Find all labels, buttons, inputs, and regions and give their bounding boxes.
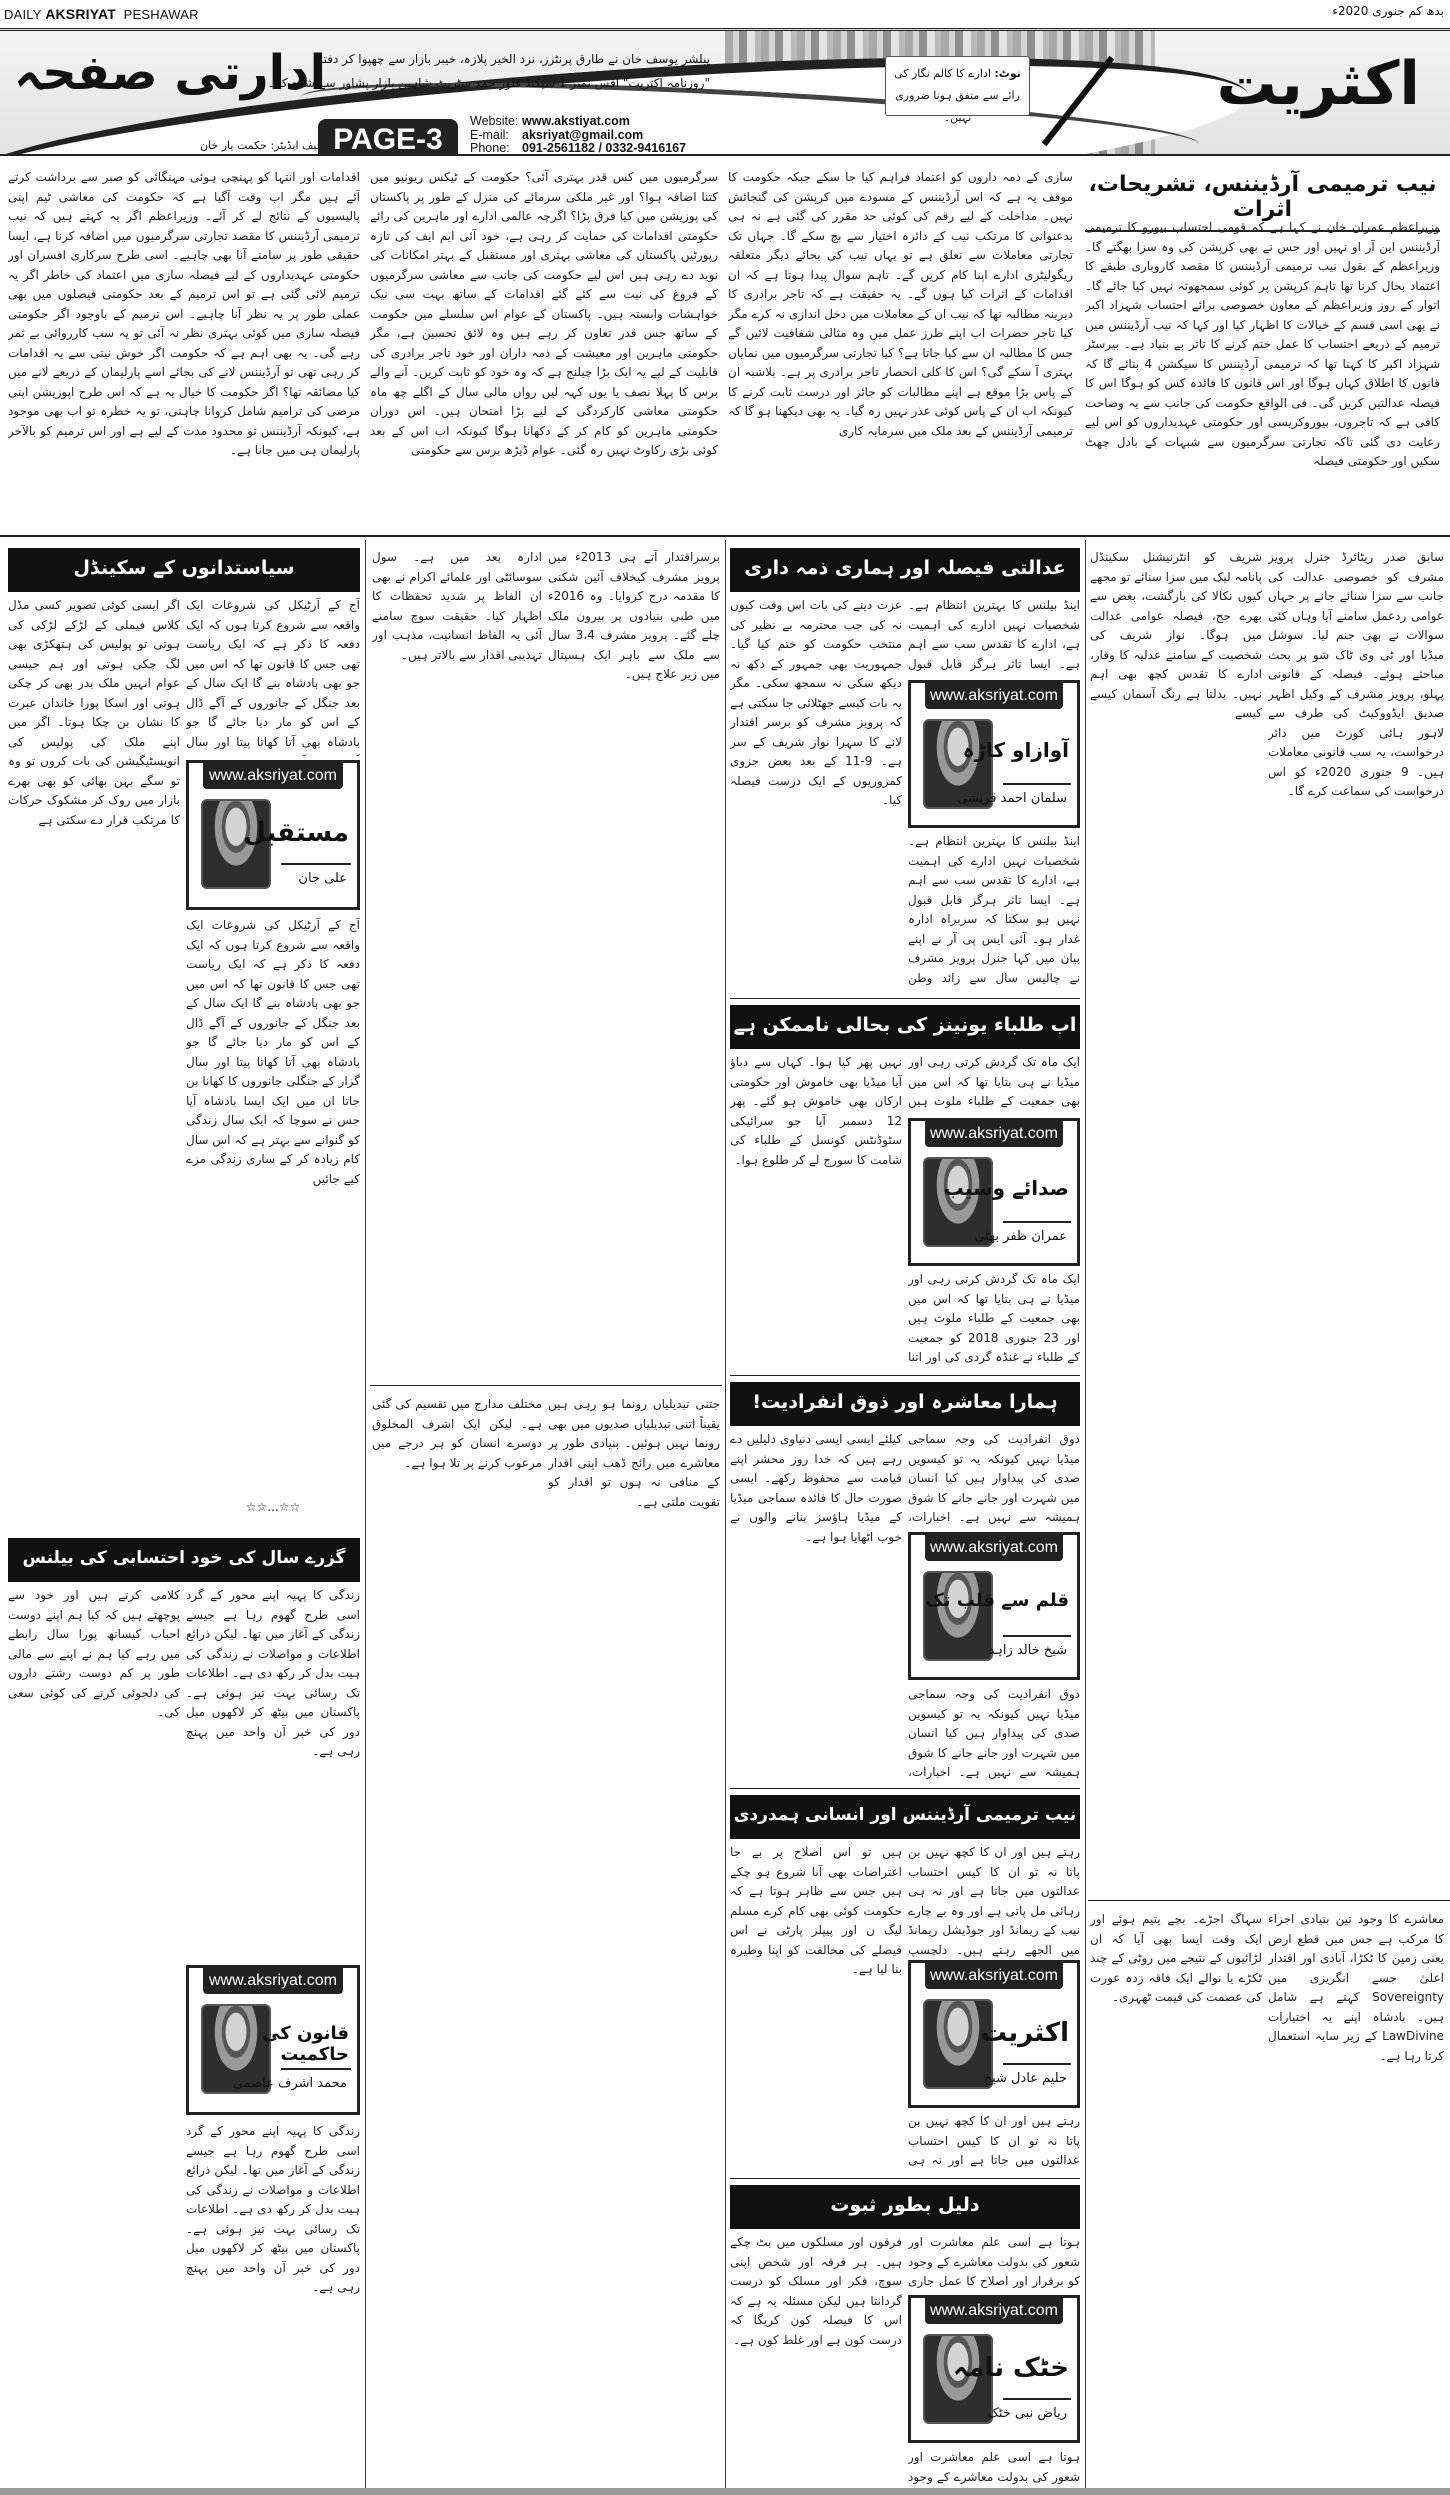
article-text: جتنی تبدیلیاں رونما ہو رہی ہیں یقیناً ات… (548, 1395, 720, 2485)
article-headline: ہمارا معاشرہ اور ذوق انفرادیت! (730, 1382, 1080, 1426)
end-stars: ☆☆...☆☆ (186, 1500, 360, 1514)
article-headline: سیاستدانوں کے سکینڈل (8, 548, 360, 592)
bottom-bar (0, 2488, 1450, 2495)
article-text: برسراقتدار آتے ہی 2013ء میں پرویز مشرف ک… (548, 548, 720, 1368)
divider (281, 2068, 351, 2070)
author-name: سلمان احمد قریشی (957, 791, 1067, 806)
masthead: ادارتی صفحہ پبلشر یوسف خان نے طارق پرنٹر… (0, 28, 1450, 156)
article-text: سہاگ اجڑے۔ بچے یتیم ہوئے اور ایک وقت ایس… (1090, 1910, 1262, 2485)
divider (281, 863, 351, 865)
column-name: خٹک نامہ (953, 2353, 1069, 2383)
author-photo (923, 1571, 993, 1661)
publisher-line-1: پبلشر یوسف خان نے طارق پرنٹرز، نزد الخیر… (250, 47, 710, 71)
article-text: سابق صدر ریٹائرڈ جنرل پرویز مشرف کو خصوص… (1268, 548, 1444, 1888)
article-headline: اب طلباء یونینز کی بحالی ناممکن ہے (730, 1005, 1080, 1049)
page-content: نیب ترمیمی آرڈیننس، تشریحات، اثرات وزیرا… (0, 160, 1450, 2495)
column-rule (725, 540, 726, 2495)
newspaper-logo: اکثریت (1217, 49, 1420, 119)
author-name: حلیم عادل شیخ (984, 2071, 1067, 2086)
columnist-card: www.aksriyat.com مستقبل علی جان (186, 760, 360, 910)
divider (370, 1385, 722, 1386)
article-text: رہتے ہیں اور ان کا کچھ نہیں بن پاتا نہ ت… (908, 2112, 1080, 2172)
author-name: ریاض نبی خٹک (987, 2406, 1067, 2421)
brand-city: PESHAWAR (124, 7, 199, 22)
columnist-card: www.aksriyat.com قلم سے قلب تک شیخ خالد … (908, 1532, 1080, 1680)
divider (1003, 2063, 1071, 2065)
article-text: رہتے ہیں اور ان کا کچھ نہیں بن پاتا نہ ت… (908, 1843, 1080, 1958)
phone-number: 091-2561182 / 0332-9416167 (522, 141, 686, 155)
column-name: آوازاو کاڑہ (963, 738, 1069, 762)
article-text: اینڈ بیلنس کا بہترین انتظام ہے۔ شخصیات ن… (908, 596, 1080, 676)
divider (1003, 2398, 1071, 2400)
website-tag: www.aksriyat.com (925, 1121, 1063, 1147)
note-label: نوٹ: (994, 67, 1020, 80)
editorial-col-1: وزیراعظم عمران خان نے کہا ہے کہ قومی احت… (1085, 218, 1440, 518)
article-text: نہیں پھر کیا ہوا۔ کہاں سے دباؤ آیا میڈیا… (730, 1053, 902, 1373)
divider (730, 2178, 1080, 2179)
article-text: زندگی کا پہیہ اپنے محور کے گرد اسی طرح گ… (186, 2122, 360, 2482)
column-rule (365, 540, 366, 2495)
brand-prefix: DAILY (4, 7, 41, 22)
website-label: Website: (470, 115, 522, 129)
page-number-badge: PAGE-3 (318, 119, 458, 156)
article-text: کیلئے ایسی ایسی دنیاوی دلیلیں دے رہے ہیں… (730, 1430, 902, 1785)
column-name: صدائے وسیب (944, 1176, 1069, 1200)
newspaper-brand: DAILY AKSRIYAT PESHAWAR (4, 6, 199, 22)
author-name: شیخ خالد زاہد (988, 1643, 1067, 1658)
column-name: اکثریت (981, 2018, 1069, 2048)
columnist-card: www.aksriyat.com آوازاو کاڑہ سلمان احمد … (908, 680, 1080, 828)
publisher-line-2: "روزنامہ اکثریت" آفس نمبر 1 سیکنڈ فلور ح… (250, 71, 710, 95)
divider (730, 1788, 1080, 1789)
website-tag: www.aksriyat.com (925, 1963, 1063, 1989)
columnist-card: www.aksriyat.com صدائے وسیب عمران ظفر بھ… (908, 1118, 1080, 1266)
column-name: قانون کی حاکمیت (189, 2023, 349, 2065)
article-text: عزت دینے کی بات اس وقت کیوں نہ کی جب محت… (730, 596, 902, 996)
article-text: فرقوں اور مسلکوں میں بٹ چکے ہیں۔ ہر فرقہ… (730, 2233, 902, 2493)
article-text: ایک ماہ تک گردش کرتی رہی اور میڈیا نے ہی… (908, 1270, 1080, 1370)
website-tag: www.aksriyat.com (925, 2298, 1063, 2324)
article-headline: نیب ترمیمی آرڈیننس اور انسانی ہمدردی کے … (730, 1795, 1080, 1839)
editorial-col-4: اقدامات اور انتہا کو پہنچی ہوئی مہنگائی … (8, 168, 360, 518)
divider (0, 535, 1450, 537)
article-text: ادارہ بعد میں ہے۔ سول سوسائٹی اور علمائے… (372, 548, 542, 1368)
article-text: آج کے آرٹیکل کی شروعات ایک واقعہ سے شروع… (186, 916, 360, 1496)
article-text: ہوتا ہے اسی علم معاشرت اور شعور کی بدولت… (908, 2448, 1080, 2493)
article-text: اینڈ بیلنس کا بہترین انتظام ہے۔ شخصیات ن… (908, 832, 1080, 992)
columnist-card: www.aksriyat.com خٹک نامہ ریاض نبی خٹک (908, 2295, 1080, 2443)
website-tag: www.aksriyat.com (925, 683, 1063, 709)
article-headline: عدالتی فیصلہ اور ہماری ذمہ داری (730, 548, 1080, 592)
article-text: ذوق انفرادیت کی وجہ سماجی میڈیا نہیں کیو… (908, 1430, 1080, 1530)
author-name: عمران ظفر بھٹی (975, 1229, 1067, 1244)
article-text: اگر ایسی کوئی تصویر کسی مڈل کلاس فیملی ک… (8, 596, 180, 1496)
column-rule (1085, 540, 1086, 2495)
article-text: ہیں تو اس اصلاح پر بے جا اعتراضات بھی آن… (730, 1843, 902, 2173)
disclaimer-note: نوٹ: ادارے کا کالم نگار کی رائے سے متفق … (885, 56, 1030, 116)
article-headline: دلیل بطور ثبوت (730, 2185, 1080, 2229)
chief-editor: چیف ایڈیٹر: حکمت یار خان (200, 139, 324, 152)
author-name: محمد اشرف عاصمی (233, 2076, 347, 2091)
issue-date: بدھ کم جنوری 2020ء (1332, 4, 1444, 18)
column-name: مستقبل (243, 818, 349, 848)
website-tag: www.aksriyat.com (203, 1968, 343, 1994)
divider (730, 1375, 1080, 1376)
contact-info: Website:www.akstiyat.com E-mail:aksriyat… (470, 115, 686, 156)
divider (1003, 1635, 1071, 1637)
email-link[interactable]: aksriyat@gmail.com (522, 128, 643, 142)
editorial-col-3: سرگرمیوں میں کس قدر بہتری آئی؟ حکومت کے … (370, 168, 718, 518)
divider (1003, 783, 1071, 785)
author-name: علی جان (298, 871, 347, 886)
article-text: ذوق انفرادیت کی وجہ سماجی میڈیا نہیں کیو… (908, 1685, 1080, 1785)
phone-label: Phone: (470, 142, 522, 156)
column-name: قلم سے قلب تک (925, 1590, 1069, 1611)
brand-name: AKSRIYAT (45, 6, 116, 22)
article-text: آج کے آرٹیکل کی شروعات ایک واقعہ سے شروع… (186, 596, 360, 756)
article-text: معاشرے کا وجود تین بنیادی اجزاء کا مرکب … (1268, 1910, 1444, 2485)
website-tag: www.aksriyat.com (203, 763, 343, 789)
article-text: ایک ماہ تک گردش کرتی رہی اور میڈیا نے ہی… (908, 1053, 1080, 1113)
columnist-card: www.aksriyat.com اکثریت حلیم عادل شیخ (908, 1960, 1080, 2108)
divider (1088, 1900, 1450, 1901)
article-text: کلامی کرتے ہیں اور خود سے پوچھتے ہیں کہ … (8, 1586, 180, 2486)
article-text: زندگی کا پہیہ اپنے محور کے گرد اسی طرح گ… (186, 1586, 360, 1826)
article-headline: گزرے سال کی خود احتسابی کی بیلنس شیٹ کی … (8, 1538, 360, 1582)
editorial-col-2: سازی کے ذمہ داروں کو اعتماد فراہم کیا جا… (728, 168, 1073, 518)
website-link[interactable]: www.akstiyat.com (522, 114, 630, 128)
website-tag: www.aksriyat.com (925, 1535, 1063, 1561)
email-label: E-mail: (470, 129, 522, 143)
article-text: شریف کو انٹرنیشنل سکینڈل پانامہ لیک میں … (1090, 548, 1262, 1888)
publisher-info: پبلشر یوسف خان نے طارق پرنٹرز، نزد الخیر… (250, 47, 710, 95)
article-text: ہوتا ہے اسی علم معاشرت اور شعور کی بدولت… (908, 2233, 1080, 2293)
top-line: DAILY AKSRIYAT PESHAWAR بدھ کم جنوری 202… (0, 0, 1450, 26)
columnist-card: www.aksriyat.com قانون کی حاکمیت محمد اش… (186, 1965, 360, 2115)
divider (730, 998, 1080, 999)
article-text: مختلف مدارج میں تقسیم کی گئی ہے۔ لیکن ای… (372, 1395, 542, 2485)
divider (1003, 1221, 1071, 1223)
